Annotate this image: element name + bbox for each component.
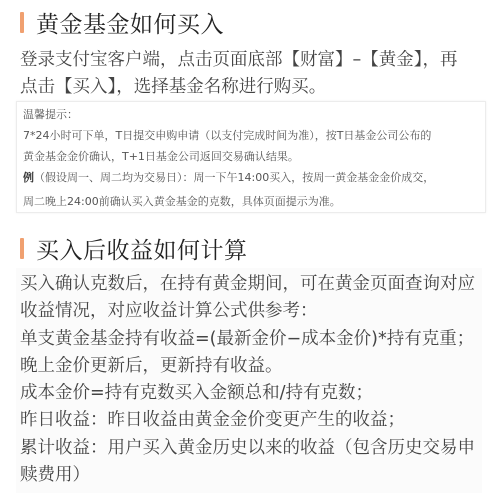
heading-text: 黄金基金如何买入 xyxy=(36,6,224,39)
heading-text: 买入后收益如何计算 xyxy=(36,232,248,265)
example-label: 例 xyxy=(23,171,34,184)
accent-bar xyxy=(20,238,24,259)
tip-line: 周二晚上24:00前确认买入黄金基金的克数，具体页面提示为准。 xyxy=(23,191,479,212)
tip-heading: 温馨提示： xyxy=(23,104,479,125)
returns-explanation: 买入确认克数后，在持有黄金期间，可在黄金页面查询对应 收益情况，对应收益计算公式… xyxy=(20,271,480,489)
tip-example: 例（假设周一、周二均为交易日）：周一下午14:00买入，按周一黄金基金金价成交， xyxy=(23,167,479,188)
text-line: 晚上金价更新后，更新持有收益。 xyxy=(20,353,480,380)
tip-line: 7*24小时可下单，T日提交申购申请（以支付完成时间为准），按T日基金公司公布的 xyxy=(23,125,479,146)
text-line: 买入确认克数后，在持有黄金期间，可在黄金页面查询对应 xyxy=(20,271,480,298)
tip-line: 黄金基金金价确认，T+1日基金公司返回交易确认结果。 xyxy=(23,146,479,167)
tip-box: 温馨提示： 7*24小时可下单，T日提交申购申请（以支付完成时间为准），按T日基… xyxy=(16,101,486,213)
text-line: 点击【买入】，选择基金名称进行购买。 xyxy=(20,74,480,101)
text-line: 累计收益：用户买入黄金历史以来的收益（包含历史交易申 xyxy=(20,435,480,462)
text-line: 赎费用） xyxy=(20,462,480,489)
buy-instructions: 登录支付宝客户端，点击页面底部【财富】–【黄金】，再 点击【买入】，选择基金名称… xyxy=(20,47,480,101)
text-line: 收益情况，对应收益计算公式供参考： xyxy=(20,298,480,325)
example-text: （假设周一、周二均为交易日）：周一下午14:00买入，按周一黄金基金金价成交， xyxy=(34,171,434,184)
formula-line: 单支黄金基金持有收益=(最新金价−成本金价)*持有克重； xyxy=(20,326,480,353)
text-line: 昨日收益：昨日收益由黄金金价变更产生的收益； xyxy=(20,407,480,434)
accent-bar xyxy=(20,12,24,33)
section-title-returns: 买入后收益如何计算 xyxy=(20,232,248,265)
formula-line: 成本金价=持有克数买入金额总和/持有克数； xyxy=(20,380,480,407)
section-title-how-to-buy: 黄金基金如何买入 xyxy=(20,6,224,39)
text-line: 登录支付宝客户端，点击页面底部【财富】–【黄金】，再 xyxy=(20,47,480,74)
